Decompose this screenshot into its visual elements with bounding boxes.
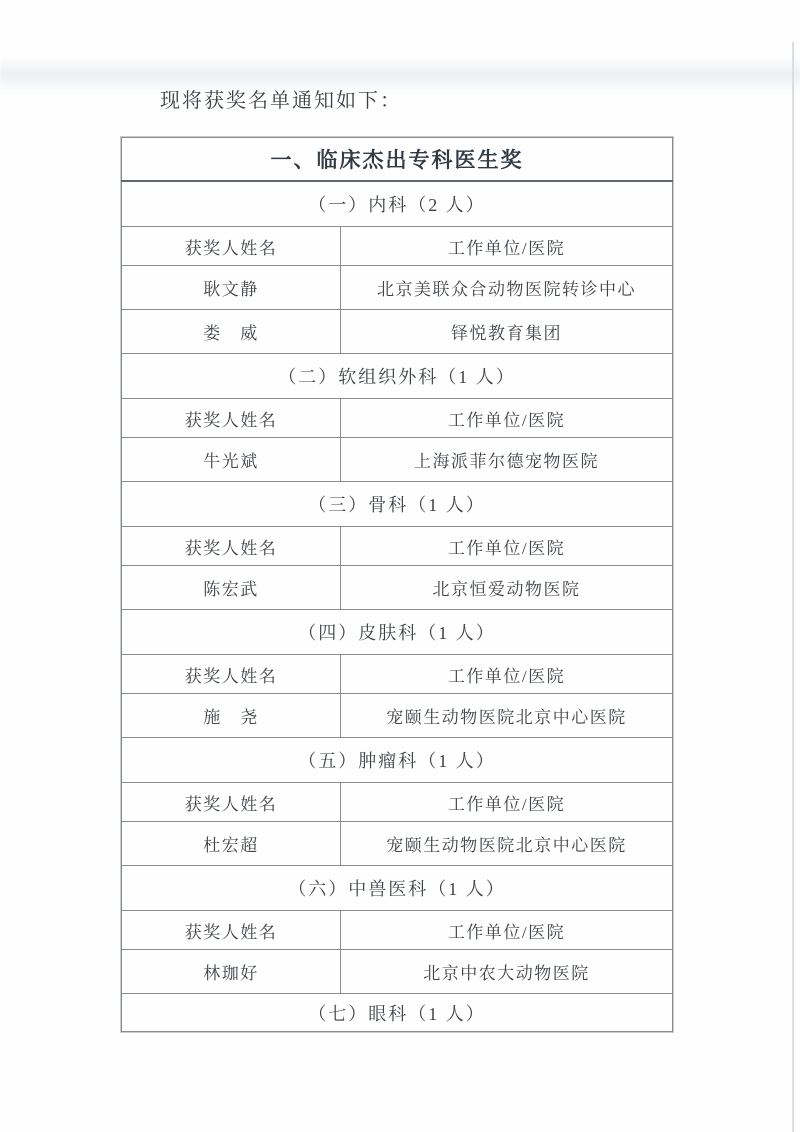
winner-org-cell: 宠颐生动物医院北京中心医院	[341, 822, 673, 866]
section-row-2: （二）软组织外科（1 人）	[122, 354, 673, 399]
winner-org-cell: 宠颐生动物医院北京中心医院	[341, 694, 673, 738]
section-heading: （四）皮肤科（1 人）	[122, 610, 673, 655]
column-header-name: 获奖人姓名	[122, 227, 341, 266]
winner-name-cell: 娄 威	[122, 310, 341, 354]
winner-name-cell: 耿文静	[122, 266, 341, 310]
section-row-1: （一）内科（2 人）	[122, 181, 673, 227]
winner-org-cell: 北京美联众合动物医院转诊中心	[341, 266, 673, 310]
winner-name-cell: 林珈好	[122, 950, 341, 994]
award-table: 一、临床杰出专科医生奖（一）内科（2 人）获奖人姓名工作单位/医院耿文静北京美联…	[121, 137, 673, 1032]
section-heading: （六）中兽医科（1 人）	[122, 866, 673, 911]
section-row-7: （七）眼科（1 人）	[122, 994, 673, 1032]
winner-org-cell: 铎悦教育集团	[341, 310, 673, 354]
award-table-body: 一、临床杰出专科医生奖（一）内科（2 人）获奖人姓名工作单位/医院耿文静北京美联…	[122, 138, 673, 1032]
column-header-row: 获奖人姓名工作单位/医院	[122, 655, 673, 694]
table-title: 一、临床杰出专科医生奖	[122, 138, 673, 182]
column-header-name: 获奖人姓名	[122, 783, 341, 822]
winner-row: 林珈好北京中农大动物医院	[122, 950, 673, 994]
column-header-name: 获奖人姓名	[122, 527, 341, 566]
section-heading: （五）肿瘤科（1 人）	[122, 738, 673, 783]
winner-name-cell: 陈宏武	[122, 566, 341, 610]
column-header-org: 工作单位/医院	[341, 655, 673, 694]
table-title-row: 一、临床杰出专科医生奖	[122, 138, 673, 182]
winner-row: 牛光斌上海派菲尔德宠物医院	[122, 438, 673, 482]
section-row-5: （五）肿瘤科（1 人）	[122, 738, 673, 783]
column-header-row: 获奖人姓名工作单位/医院	[122, 527, 673, 566]
column-header-row: 获奖人姓名工作单位/医院	[122, 227, 673, 266]
winner-org-cell: 上海派菲尔德宠物医院	[341, 438, 673, 482]
section-row-4: （四）皮肤科（1 人）	[122, 610, 673, 655]
section-row-6: （六）中兽医科（1 人）	[122, 866, 673, 911]
winner-name-cell: 牛光斌	[122, 438, 341, 482]
document-page: 现将获奖名单通知如下： 一、临床杰出专科医生奖（一）内科（2 人）获奖人姓名工作…	[0, 0, 800, 1132]
winner-org-cell: 北京中农大动物医院	[341, 950, 673, 994]
column-header-row: 获奖人姓名工作单位/医院	[122, 399, 673, 438]
winner-row: 陈宏武北京恒爱动物医院	[122, 566, 673, 610]
scan-page-edge-line	[792, 42, 794, 1132]
section-row-3: （三）骨科（1 人）	[122, 482, 673, 527]
column-header-org: 工作单位/医院	[341, 227, 673, 266]
winner-row: 耿文静北京美联众合动物医院转诊中心	[122, 266, 673, 310]
column-header-org: 工作单位/医院	[341, 527, 673, 566]
column-header-org: 工作单位/医院	[341, 911, 673, 950]
column-header-name: 获奖人姓名	[122, 655, 341, 694]
column-header-row: 获奖人姓名工作单位/医院	[122, 783, 673, 822]
winner-name-cell: 杜宏超	[122, 822, 341, 866]
column-header-row: 获奖人姓名工作单位/医院	[122, 911, 673, 950]
column-header-org: 工作单位/医院	[341, 783, 673, 822]
winner-row: 施 尧宠颐生动物医院北京中心医院	[122, 694, 673, 738]
section-heading: （七）眼科（1 人）	[122, 994, 673, 1032]
section-heading: （二）软组织外科（1 人）	[122, 354, 673, 399]
column-header-name: 获奖人姓名	[122, 399, 341, 438]
column-header-org: 工作单位/医院	[341, 399, 673, 438]
winner-org-cell: 北京恒爱动物医院	[341, 566, 673, 610]
winner-row: 娄 威铎悦教育集团	[122, 310, 673, 354]
section-heading: （一）内科（2 人）	[122, 181, 673, 227]
winner-row: 杜宏超宠颐生动物医院北京中心医院	[122, 822, 673, 866]
winner-name-cell: 施 尧	[122, 694, 341, 738]
column-header-name: 获奖人姓名	[122, 911, 341, 950]
intro-text: 现将获奖名单通知如下：	[160, 84, 402, 113]
section-heading: （三）骨科（1 人）	[122, 482, 673, 527]
